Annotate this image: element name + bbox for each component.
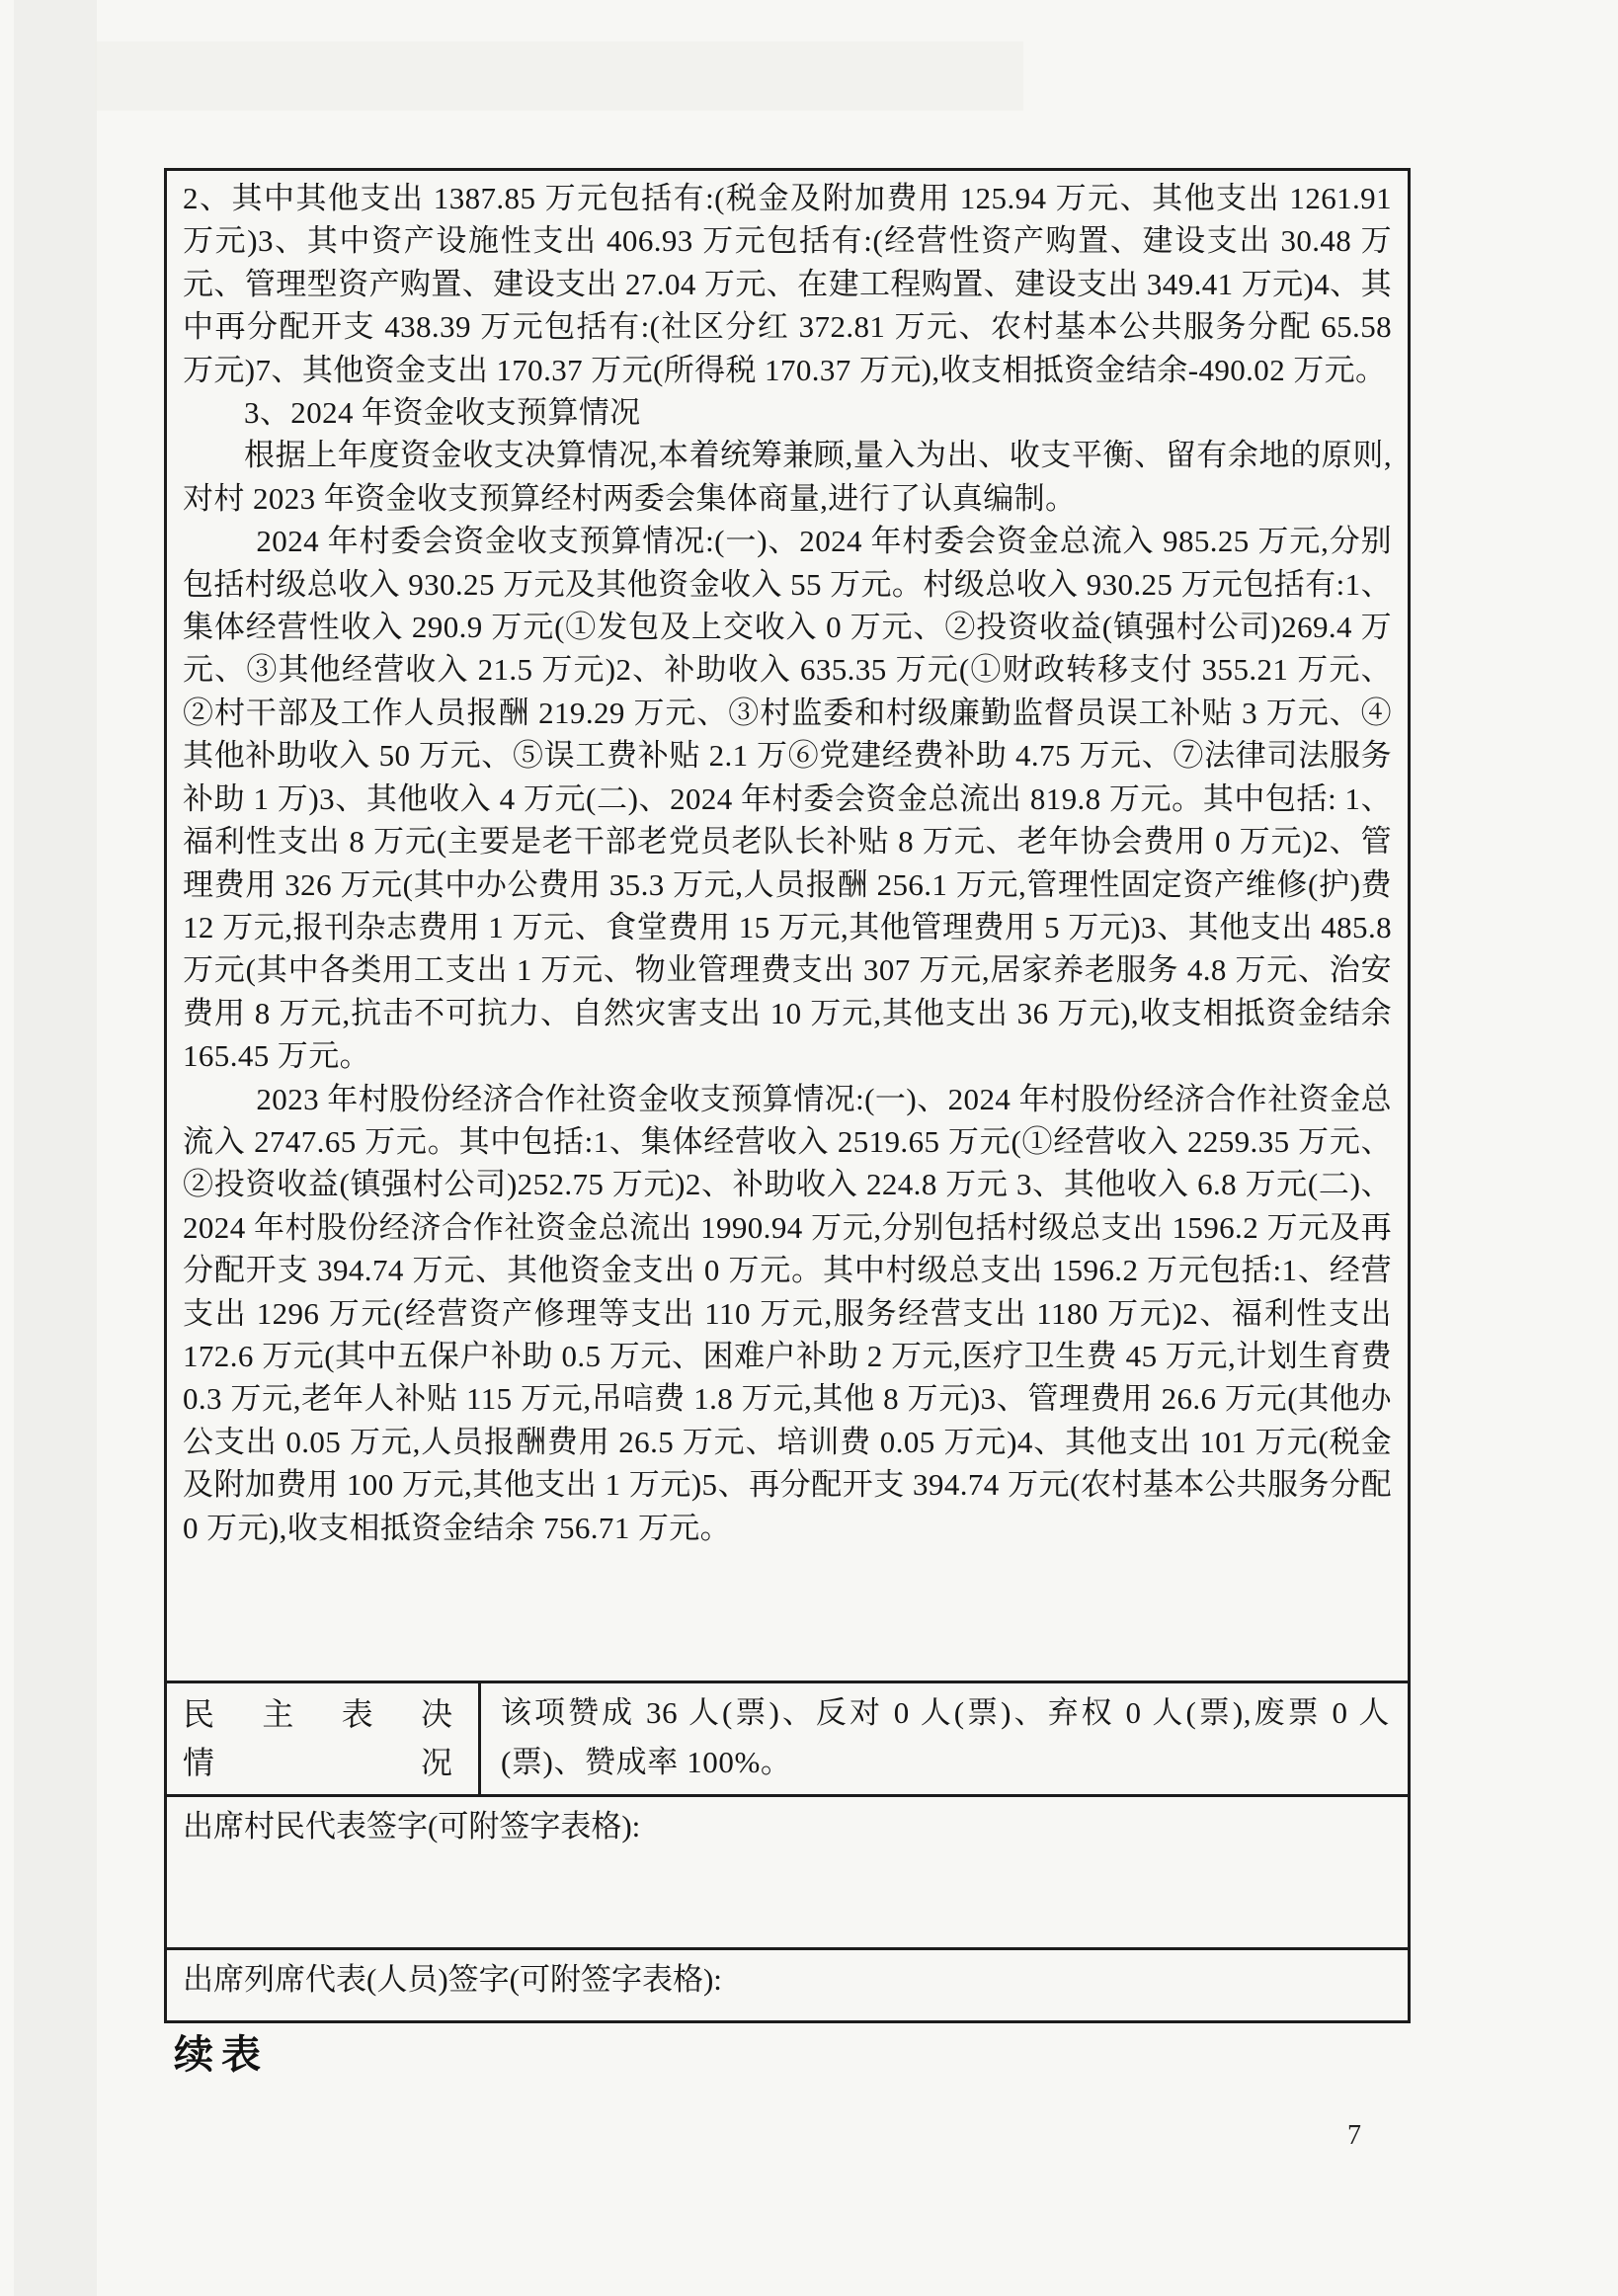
democratic-vote-row: 民主表决 情况 该项赞成 36 人(票)、反对 0 人(票)、弃权 0 人(票)… <box>167 1681 1408 1794</box>
paragraph-village-committee-budget: 2024 年村委会资金收支预算情况:(一)、2024 年村委会资金总流入 985… <box>183 520 1392 1077</box>
vote-result-text: 该项赞成 36 人(票)、反对 0 人(票)、弃权 0 人(票),废票 0 人(… <box>501 1688 1390 1787</box>
vote-label-cell: 民主表决 情况 <box>167 1683 481 1794</box>
scan-artifact-left-band <box>14 0 97 2296</box>
villager-representative-signature-label: 出席村民代表签字(可附签字表格): <box>183 1809 640 1844</box>
budget-detail-cell: 2、其中其他支出 1387.85 万元包括有:(税金及附加费用 125.94 万… <box>167 171 1408 1681</box>
vote-label-line2: 情况 <box>183 1739 452 1787</box>
scanned-document-page: 2、其中其他支出 1387.85 万元包括有:(税金及附加费用 125.94 万… <box>0 0 1618 2296</box>
continuation-table-label: 续表 <box>174 2023 269 2080</box>
paragraph-2024-budget-heading: 3、2024 年资金收支预算情况 <box>183 391 1392 434</box>
page-number: 7 <box>1347 2120 1361 2152</box>
villager-representative-signature-row: 出席村民代表签字(可附签字表格): <box>167 1794 1408 1947</box>
vote-label-line1: 民主表决 <box>183 1690 452 1739</box>
attending-representative-signature-row: 出席列席代表(人员)签字(可附签字表格): <box>167 1947 1408 2020</box>
paragraph-budget-principle: 根据上年度资金收支决算情况,本着统筹兼顾,量入为出、收支平衡、留有余地的原则,对… <box>183 434 1392 520</box>
attending-representative-signature-label: 出席列席代表(人员)签字(可附签字表格): <box>183 1962 722 1997</box>
scan-artifact-top-band <box>95 41 1023 111</box>
budget-report-table: 2、其中其他支出 1387.85 万元包括有:(税金及附加费用 125.94 万… <box>164 168 1411 2023</box>
paragraph-other-expenditure-detail: 2、其中其他支出 1387.85 万元包括有:(税金及附加费用 125.94 万… <box>183 177 1392 391</box>
vote-result-cell: 该项赞成 36 人(票)、反对 0 人(票)、弃权 0 人(票),废票 0 人(… <box>481 1683 1408 1794</box>
paragraph-cooperative-budget: 2023 年村股份经济合作社资金收支预算情况:(一)、2024 年村股份经济合作… <box>183 1078 1392 1549</box>
